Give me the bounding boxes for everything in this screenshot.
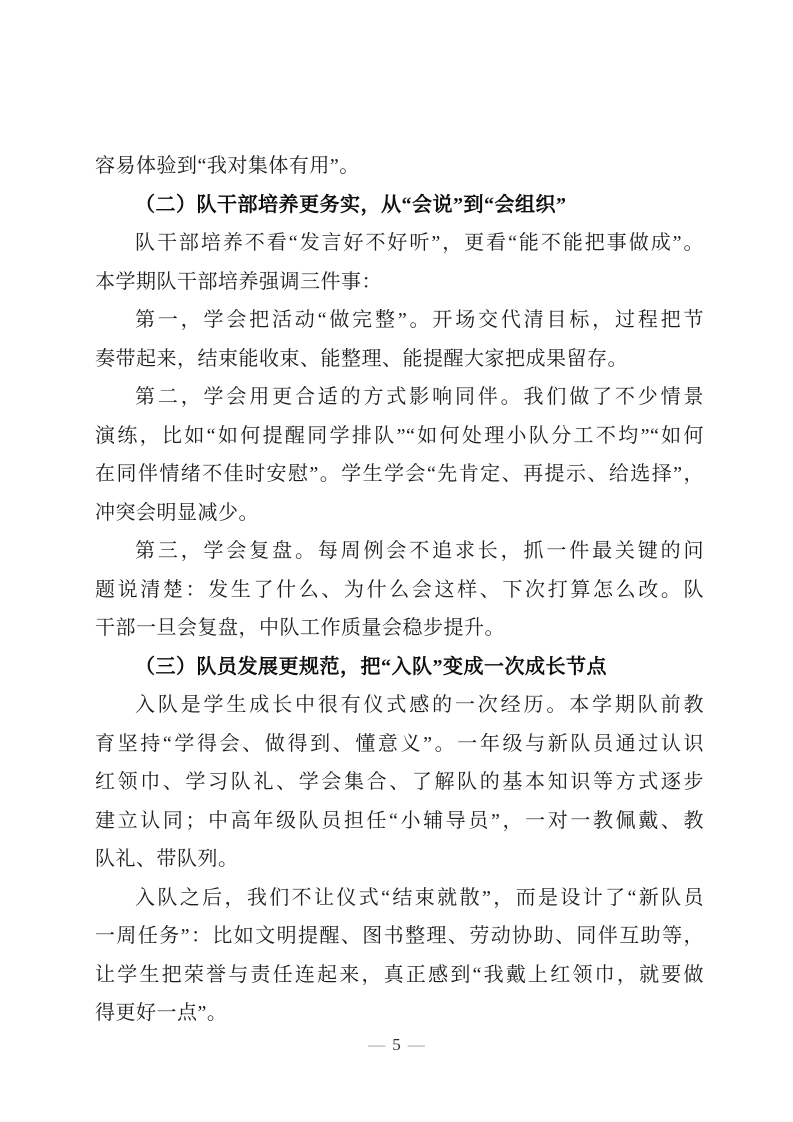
text-line: 让学生把荣誉与责任连起来，真正感到“我戴上红领巾，就要做 xyxy=(95,956,704,995)
text-line: 题说清楚：发生了什么、为什么会这样、下次打算怎么改。队 xyxy=(95,571,704,610)
footer-page-number: 5 xyxy=(392,1035,401,1054)
text-line: 入队之后，我们不让仪式“结束就散”，而是设计了“新队员 xyxy=(95,879,704,918)
text-line: 育坚持“学得会、做得到、懂意义”。一年级与新队员通过认识 xyxy=(95,725,704,764)
text-line: 队干部培养不看“发言好不好听”，更看“能不能把事做成”。 xyxy=(95,224,704,263)
text-line: 本学期队干部培养强调三件事： xyxy=(95,263,704,302)
text-line: 第三，学会复盘。每周例会不追求长，抓一件最关键的问 xyxy=(95,532,704,571)
text-line: 得更好一点”。 xyxy=(95,994,704,1033)
text-line: 演练，比如“如何提醒同学排队”“如何处理小队分工不均”“如何 xyxy=(95,417,704,456)
page-footer: —5— xyxy=(0,1033,793,1057)
section-heading: （三）队员发展更规范，把“入队”变成一次成长节点 xyxy=(95,648,704,687)
text-line: 第一，学会把活动“做完整”。开场交代清目标，过程把节 xyxy=(95,301,704,340)
text-line: 入队是学生成长中很有仪式感的一次经历。本学期队前教 xyxy=(95,686,704,725)
document-page: 容易体验到“我对集体有用”。（二）队干部培养更务实，从“会说”到“会组织”队干部… xyxy=(0,0,793,1122)
text-line: 队礼、带队列。 xyxy=(95,840,704,879)
footer-dash-left: — xyxy=(368,1035,385,1054)
text-line: 建立认同；中高年级队员担任“小辅导员”，一对一教佩戴、教 xyxy=(95,802,704,841)
text-line: 一周任务”：比如文明提醒、图书整理、劳动协助、同伴互助等， xyxy=(95,917,704,956)
text-line: 红领巾、学习队礼、学会集合、了解队的基本知识等方式逐步 xyxy=(95,763,704,802)
text-line: 在同伴情绪不佳时安慰”。学生学会“先肯定、再提示、给选择”， xyxy=(95,455,704,494)
footer-dash-right: — xyxy=(408,1035,425,1054)
text-line: 冲突会明显减少。 xyxy=(95,494,704,533)
text-line: 奏带起来，结束能收束、能整理、能提醒大家把成果留存。 xyxy=(95,340,704,379)
text-line: 容易体验到“我对集体有用”。 xyxy=(95,147,704,186)
text-line: 干部一旦会复盘，中队工作质量会稳步提升。 xyxy=(95,609,704,648)
document-body: 容易体验到“我对集体有用”。（二）队干部培养更务实，从“会说”到“会组织”队干部… xyxy=(95,147,704,1033)
section-heading: （二）队干部培养更务实，从“会说”到“会组织” xyxy=(95,186,704,225)
text-line: 第二，学会用更合适的方式影响同伴。我们做了不少情景 xyxy=(95,378,704,417)
